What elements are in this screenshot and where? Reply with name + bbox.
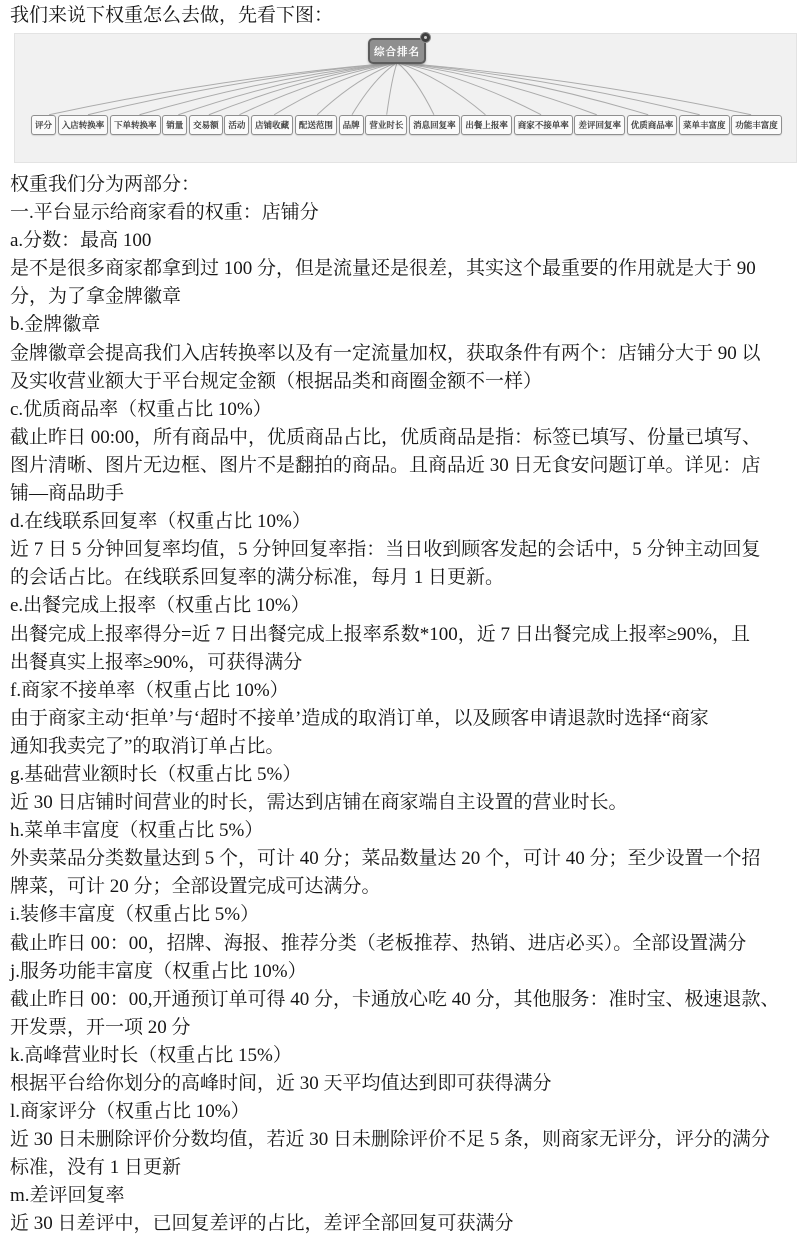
text-line: 标准，没有 1 日更新 — [10, 1154, 796, 1182]
mind-map-children-row: 评分入店转换率下单转换率销量交易额活动店铺收藏配送范围品牌营业时长消息回复率出餐… — [31, 115, 782, 135]
text-line: 图片清晰、图片无边框、图片不是翻拍的商品。且商品近 30 日无食安问题订单。详见… — [10, 452, 796, 480]
text-line: b.金牌徽章 — [10, 311, 796, 339]
mind-map-node: 功能丰富度 — [731, 115, 782, 135]
root-node-label: 综合排名 — [374, 44, 420, 59]
text-line: c.优质商品率（权重占比 10%） — [10, 396, 796, 424]
collapse-badge-icon — [420, 32, 431, 43]
document-body: 权重我们分为两部分：一.平台显示给商家看的权重：店铺分a.分数：最高 100是不… — [10, 171, 796, 1239]
mind-map-node: 店铺收藏 — [251, 115, 293, 135]
text-line: 近 30 日未删除评价分数均值，若近 30 日未删除评价不足 5 条，则商家无评… — [10, 1126, 796, 1154]
text-line: 近 30 日店铺时间营业的时长，需达到店铺在商家端自主设置的营业时长。 — [10, 789, 796, 817]
text-line: 截止昨日 00:00，所有商品中，优质商品占比，优质商品是指：标签已填写、份量已… — [10, 424, 796, 452]
text-line: 是不是很多商家都拿到过 100 分，但是流量还是很差，其实这个最重要的作用就是大… — [10, 255, 796, 283]
mind-map-node: 差评回复率 — [574, 115, 625, 135]
mind-map-node: 活动 — [224, 115, 249, 135]
text-line: g.基础营业额时长（权重占比 5%） — [10, 761, 796, 789]
mind-map-root-node: 综合排名 — [368, 38, 426, 64]
mind-map-node: 商家不接单率 — [514, 115, 573, 135]
mind-map-node: 入店转换率 — [58, 115, 109, 135]
text-line: 开发票，开一项 20 分 — [10, 1014, 796, 1042]
text-line: e.出餐完成上报率（权重占比 10%） — [10, 592, 796, 620]
text-line: 截止昨日 00：00,开通预订单可得 40 分，卡通放心吃 40 分，其他服务：… — [10, 986, 796, 1014]
text-line: f.商家不接单率（权重占比 10%） — [10, 677, 796, 705]
text-line: 一.平台显示给商家看的权重：店铺分 — [10, 199, 796, 227]
text-line: 近 7 日 5 分钟回复率均值，5 分钟回复率指：当日收到顾客发起的会话中，5 … — [10, 536, 796, 564]
text-line: l.商家评分（权重占比 10%） — [10, 1098, 796, 1126]
text-line: 外卖菜品分类数量达到 5 个，可计 40 分；菜品数量达 20 个，可计 40 … — [10, 845, 796, 873]
text-line: 近 30 日差评中，已回复差评的占比，差评全部回复可获满分 — [10, 1210, 796, 1238]
text-line: 铺—商品助手 — [10, 480, 796, 508]
text-line: m.差评回复率 — [10, 1182, 796, 1210]
text-line: d.在线联系回复率（权重占比 10%） — [10, 508, 796, 536]
mind-map-node: 营业时长 — [365, 115, 407, 135]
text-line: 出餐完成上报率得分=近 7 日出餐完成上报率系数*100，近 7 日出餐完成上报… — [10, 621, 796, 649]
text-line: 的会话占比。在线联系回复率的满分标准，每月 1 日更新。 — [10, 564, 796, 592]
text-line: j.服务功能丰富度（权重占比 10%） — [10, 958, 796, 986]
document-page: 我们来说下权重怎么去做，先看下图： 综合排名 评分入店转换率下单转换率销量交易额… — [0, 0, 800, 1245]
text-line: 金牌徽章会提高我们入店转换率以及有一定流量加权，获取条件有两个：店铺分大于 90… — [10, 340, 796, 368]
mind-map-panel: 综合排名 评分入店转换率下单转换率销量交易额活动店铺收藏配送范围品牌营业时长消息… — [14, 33, 797, 163]
text-line: k.高峰营业时长（权重占比 15%） — [10, 1042, 796, 1070]
text-line: 根据平台给你划分的高峰时间，近 30 天平均值达到即可获得满分 — [10, 1070, 796, 1098]
text-line: 分，为了拿金牌徽章 — [10, 283, 796, 311]
mind-map-node: 下单转换率 — [110, 115, 161, 135]
text-line: 出餐真实上报率≥90%，可获得满分 — [10, 649, 796, 677]
text-line: 通知我卖完了”的取消订单占比。 — [10, 733, 796, 761]
text-line: i.装修丰富度（权重占比 5%） — [10, 901, 796, 929]
mind-map-node: 配送范围 — [295, 115, 337, 135]
text-line: a.分数：最高 100 — [10, 227, 796, 255]
intro-text: 我们来说下权重怎么去做，先看下图： — [10, 3, 333, 29]
mind-map-node: 优质商品率 — [627, 115, 678, 135]
mind-map-node: 品牌 — [339, 115, 364, 135]
mind-map-node: 交易额 — [189, 115, 223, 135]
text-line: 牌菜，可计 20 分；全部设置完成可达满分。 — [10, 873, 796, 901]
mind-map-node: 出餐上报率 — [461, 115, 512, 135]
text-line: 及实收营业额大于平台规定金额（根据品类和商圈金额不一样） — [10, 368, 796, 396]
mind-map-node: 菜单丰富度 — [679, 115, 730, 135]
text-line: 截止昨日 00：00，招牌、海报、推荐分类（老板推荐、热销、进店必买）。全部设置… — [10, 930, 796, 958]
text-line: h.菜单丰富度（权重占比 5%） — [10, 817, 796, 845]
text-line: 由于商家主动‘拒单’与‘超时不接单’造成的取消订单，以及顾客申请退款时选择“商家 — [10, 705, 796, 733]
text-line: 权重我们分为两部分： — [10, 171, 796, 199]
mind-map-node: 销量 — [162, 115, 187, 135]
mind-map-node: 消息回复率 — [409, 115, 460, 135]
mind-map-node: 评分 — [31, 115, 56, 135]
